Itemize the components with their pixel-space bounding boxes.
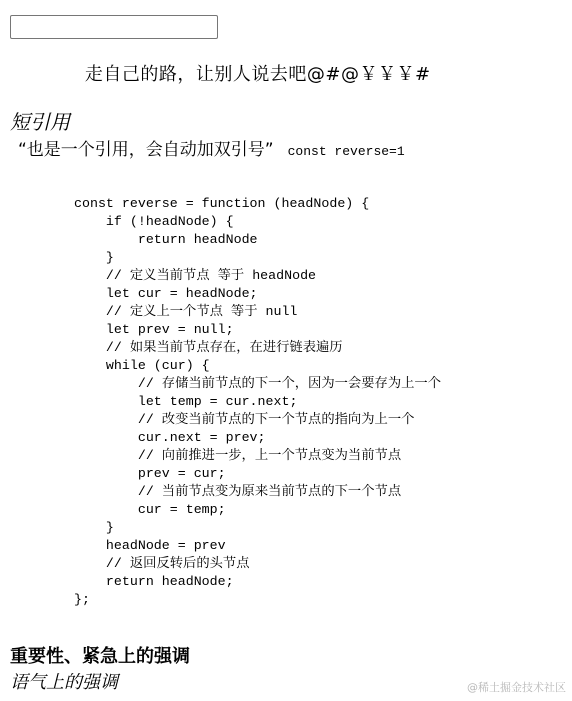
code-block: const reverse = function (headNode) { if… [74,195,441,609]
code-line: }; [74,592,90,607]
code-line: // 存储当前节点的下一个，因为一会要存为上一个 [74,376,441,391]
strong-emphasis-text: 重要性、紧急上的强调 [10,644,190,670]
code-line: let temp = cur.next; [74,394,297,409]
quote-line: “也是一个引用，会自动加双引号”const reverse=1 [18,137,405,165]
code-line: // 当前节点变为原来当前节点的下一个节点 [74,484,401,499]
code-line: // 改变当前节点的下一个节点的指向为上一个 [74,412,414,427]
code-line: let prev = null; [74,322,234,337]
code-line: // 返回反转后的头节点 [74,556,250,571]
code-line: prev = cur; [74,466,226,481]
code-line: cur = temp; [74,502,226,517]
code-line: while (cur) { [74,358,210,373]
inline-code: const reverse=1 [288,144,405,159]
code-line: headNode = prev [74,538,226,553]
text-input[interactable] [10,15,218,39]
code-line: } [74,250,114,265]
short-quote-heading: 短引用 [10,108,70,136]
code-line: return headNode; [74,574,234,589]
preformatted-text: 走自己的路，让别人说去吧@#@￥￥￥# [60,62,431,88]
watermark: @稀土掘金技术社区 [467,681,566,695]
code-line: // 定义上一个节点 等于 null [74,304,297,319]
code-line: // 如果当前节点存在，在进行链表遍历 [74,340,343,355]
code-line: return headNode [74,232,258,247]
code-line: // 向前推进一步，上一个节点变为当前节点 [74,448,401,463]
code-line: cur.next = prev; [74,430,266,445]
code-line: if (!headNode) { [74,214,234,229]
code-line: let cur = headNode; [74,286,258,301]
code-line: const reverse = function (headNode) { [74,196,369,211]
code-line: } [74,520,114,535]
code-line: // 定义当前节点 等于 headNode [74,268,316,283]
italic-emphasis-text: 语气上的强调 [10,670,118,696]
inline-quote: “也是一个引用，会自动加双引号” [18,140,274,160]
